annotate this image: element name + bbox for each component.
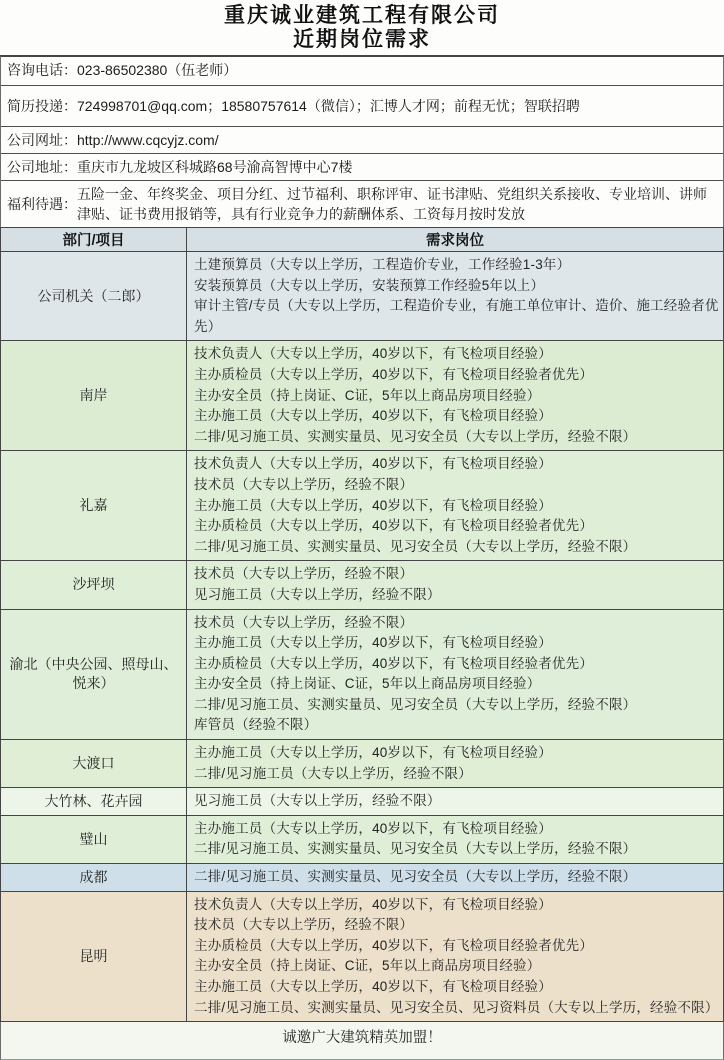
- positions-cell: 技术员（大专以上学历，经验不限）主办施工员（大专以上学历，40岁以下，有飞检项目…: [187, 609, 724, 740]
- title-block: 重庆诚业建筑工程有限公司 近期岗位需求: [0, 0, 724, 55]
- department-cell: 公司机关（二郎）: [1, 252, 187, 341]
- info-row: 咨询电话：023-86502380（伍老师）: [1, 57, 723, 86]
- position-item: 安装预算员（大专以上学历，安装预算工作经验5年以上）: [194, 276, 719, 297]
- table-row: 渝北（中央公园、照母山、悦来） 技术员（大专以上学历，经验不限）主办施工员（大专…: [1, 609, 724, 740]
- recruitment-notice: 重庆诚业建筑工程有限公司 近期岗位需求 咨询电话：023-86502380（伍老…: [0, 0, 724, 1060]
- position-item: 技术员（大专以上学历，经验不限）: [194, 613, 719, 634]
- position-item: 技术员（大专以上学历，经验不限）: [194, 564, 719, 585]
- position-item: 二排/见习施工员、实测实量员、见习安全员、见习资料员（大专以上学历，经验不限）: [194, 998, 719, 1019]
- position-item: 主办施工员（大专以上学历，40岁以下，有飞检项目经验）: [194, 743, 719, 764]
- table-row: 礼嘉 技术负责人（大专以上学历，40岁以下，有飞检项目经验）技术员（大专以上学历…: [1, 451, 724, 561]
- header-department: 部门/项目: [1, 228, 187, 252]
- position-item: 二排/见习施工员（大专以上学历，经验不限）: [194, 764, 719, 785]
- position-item: 技术负责人（大专以上学历，40岁以下，有飞检项目经验）: [194, 895, 719, 916]
- positions-cell: 主办施工员（大专以上学历，40岁以下，有飞检项目经验）二排/见习施工员、实测实量…: [187, 815, 724, 863]
- positions-cell: 主办施工员（大专以上学历，40岁以下，有飞检项目经验）二排/见习施工员（大专以上…: [187, 740, 724, 788]
- position-item: 二排/见习施工员、实测实量员、见习安全员（大专以上学历，经验不限）: [194, 867, 719, 888]
- position-item: 主办质检员（大专以上学历，40岁以下，有飞检项目经验者优先）: [194, 654, 719, 675]
- position-item: 主办施工员（大专以上学历，40岁以下，有飞检项目经验）: [194, 633, 719, 654]
- info-label: 咨询电话：: [7, 60, 77, 80]
- positions-cell: 技术员（大专以上学历，经验不限）见习施工员（大专以上学历，经验不限）: [187, 561, 724, 609]
- position-item: 见习施工员（大专以上学历，经验不限）: [194, 791, 719, 812]
- jobs-table-body: 公司机关（二郎） 土建预算员（大专以上学历，工程造价专业，工作经验1-3年）安装…: [1, 252, 724, 1022]
- department-cell: 成都: [1, 864, 187, 892]
- table-row: 大渡口 主办施工员（大专以上学历，40岁以下，有飞检项目经验）二排/见习施工员（…: [1, 740, 724, 788]
- info-row: 福利待遇：五险一金、年终奖金、项目分红、过节福利、职称评审、证书津贴、党组织关系…: [1, 181, 723, 227]
- page-title: 近期岗位需求: [0, 28, 724, 52]
- info-value: 724998701@qq.com；18580757614（微信）；汇博人才网；前…: [77, 96, 580, 116]
- info-value: 023-86502380（伍老师）: [77, 60, 237, 80]
- position-item: 技术员（大专以上学历，经验不限）: [194, 475, 719, 496]
- position-item: 二排/见习施工员、实测实量员、见习安全员（大专以上学历，经验不限）: [194, 537, 719, 558]
- positions-cell: 土建预算员（大专以上学历，工程造价专业，工作经验1-3年）安装预算员（大专以上学…: [187, 252, 724, 341]
- department-cell: 南岸: [1, 341, 187, 451]
- info-row: 简历投递：724998701@qq.com；18580757614（微信）；汇博…: [1, 86, 723, 127]
- position-item: 主办施工员（大专以上学历，40岁以下，有飞检项目经验）: [194, 406, 719, 427]
- jobs-table: 部门/项目 需求岗位 公司机关（二郎） 土建预算员（大专以上学历，工程造价专业，…: [0, 227, 724, 1022]
- table-row: 沙坪坝 技术员（大专以上学历，经验不限）见习施工员（大专以上学历，经验不限）: [1, 561, 724, 609]
- info-row: 公司网址：http://www.cqcyjz.com/: [1, 127, 723, 154]
- position-item: 二排/见习施工员、实测实量员、见习安全员（大专以上学历，经验不限）: [194, 427, 719, 448]
- table-row: 璧山 主办施工员（大专以上学历，40岁以下，有飞检项目经验）二排/见习施工员、实…: [1, 815, 724, 863]
- position-item: 主办安全员（持上岗证、C证，5年以上商品房项目经验）: [194, 674, 719, 695]
- info-row: 公司地址：重庆市九龙坡区科城路68号渝高智博中心7楼: [1, 154, 723, 181]
- department-cell: 大竹林、花卉园: [1, 788, 187, 816]
- positions-cell: 技术负责人（大专以上学历，40岁以下，有飞检项目经验）技术员（大专以上学历，经验…: [187, 451, 724, 561]
- department-cell: 渝北（中央公园、照母山、悦来）: [1, 609, 187, 740]
- table-header-row: 部门/项目 需求岗位: [1, 228, 724, 252]
- department-cell: 璧山: [1, 815, 187, 863]
- department-cell: 礼嘉: [1, 451, 187, 561]
- department-cell: 昆明: [1, 891, 187, 1022]
- position-item: 技术负责人（大专以上学历，40岁以下，有飞检项目经验）: [194, 454, 719, 475]
- position-item: 主办安全员（持上岗证、C证，5年以上商品房项目经验）: [194, 956, 719, 977]
- department-cell: 大渡口: [1, 740, 187, 788]
- table-row: 昆明 技术负责人（大专以上学历，40岁以下，有飞检项目经验）技术员（大专以上学历…: [1, 891, 724, 1022]
- position-item: 见习施工员（大专以上学历，经验不限）: [194, 585, 719, 606]
- position-item: 审计主管/专员（大专以上学历，工程造价专业，有施工单位审计、造价、施工经验者优先…: [194, 296, 719, 337]
- position-item: 主办安全员（持上岗证、C证，5年以上商品房项目经验）: [194, 386, 719, 407]
- position-item: 库管员（经验不限）: [194, 715, 719, 736]
- position-item: 主办质检员（大专以上学历，40岁以下，有飞检项目经验者优先）: [194, 516, 719, 537]
- info-label: 福利待遇：: [7, 194, 77, 214]
- position-item: 二排/见习施工员、实测实量员、见习安全员（大专以上学历，经验不限）: [194, 695, 719, 716]
- info-value: 五险一金、年终奖金、项目分红、过节福利、职称评审、证书津贴、党组织关系接收、专业…: [77, 184, 717, 224]
- company-name: 重庆诚业建筑工程有限公司: [0, 4, 724, 28]
- header-positions: 需求岗位: [187, 228, 724, 252]
- footer-slogan: 诚邀广大建筑精英加盟！: [0, 1022, 724, 1060]
- position-item: 二排/见习施工员、实测实量员、见习安全员（大专以上学历，经验不限）: [194, 839, 719, 860]
- table-row: 大竹林、花卉园 见习施工员（大专以上学历，经验不限）: [1, 788, 724, 816]
- position-item: 主办质检员（大专以上学历，40岁以下，有飞检项目经验者优先）: [194, 365, 719, 386]
- positions-cell: 见习施工员（大专以上学历，经验不限）: [187, 788, 724, 816]
- info-label: 公司地址：: [7, 157, 77, 177]
- info-label: 公司网址：: [7, 130, 77, 150]
- positions-cell: 技术负责人（大专以上学历，40岁以下，有飞检项目经验）技术员（大专以上学历，经验…: [187, 891, 724, 1022]
- position-item: 主办施工员（大专以上学历，40岁以下，有飞检项目经验）: [194, 819, 719, 840]
- position-item: 主办施工员（大专以上学历，40岁以下，有飞检项目经验）: [194, 496, 719, 517]
- info-value: 重庆市九龙坡区科城路68号渝高智博中心7楼: [77, 157, 352, 177]
- table-row: 公司机关（二郎） 土建预算员（大专以上学历，工程造价专业，工作经验1-3年）安装…: [1, 252, 724, 341]
- company-info-section: 咨询电话：023-86502380（伍老师） 简历投递：724998701@qq…: [0, 55, 724, 227]
- department-cell: 沙坪坝: [1, 561, 187, 609]
- positions-cell: 技术负责人（大专以上学历，40岁以下，有飞检项目经验）主办质检员（大专以上学历，…: [187, 341, 724, 451]
- info-value: http://www.cqcyjz.com/: [77, 130, 219, 150]
- table-row: 南岸 技术负责人（大专以上学历，40岁以下，有飞检项目经验）主办质检员（大专以上…: [1, 341, 724, 451]
- position-item: 技术负责人（大专以上学历，40岁以下，有飞检项目经验）: [194, 344, 719, 365]
- position-item: 技术员（大专以上学历，经验不限）: [194, 915, 719, 936]
- position-item: 主办质检员（大专以上学历，40岁以下，有飞检项目经验者优先）: [194, 936, 719, 957]
- positions-cell: 二排/见习施工员、实测实量员、见习安全员（大专以上学历，经验不限）: [187, 864, 724, 892]
- table-row: 成都 二排/见习施工员、实测实量员、见习安全员（大专以上学历，经验不限）: [1, 864, 724, 892]
- info-label: 简历投递：: [7, 96, 77, 116]
- position-item: 主办施工员（大专以上学历，40岁以下，有飞检项目经验）: [194, 977, 719, 998]
- position-item: 土建预算员（大专以上学历，工程造价专业，工作经验1-3年）: [194, 255, 719, 276]
